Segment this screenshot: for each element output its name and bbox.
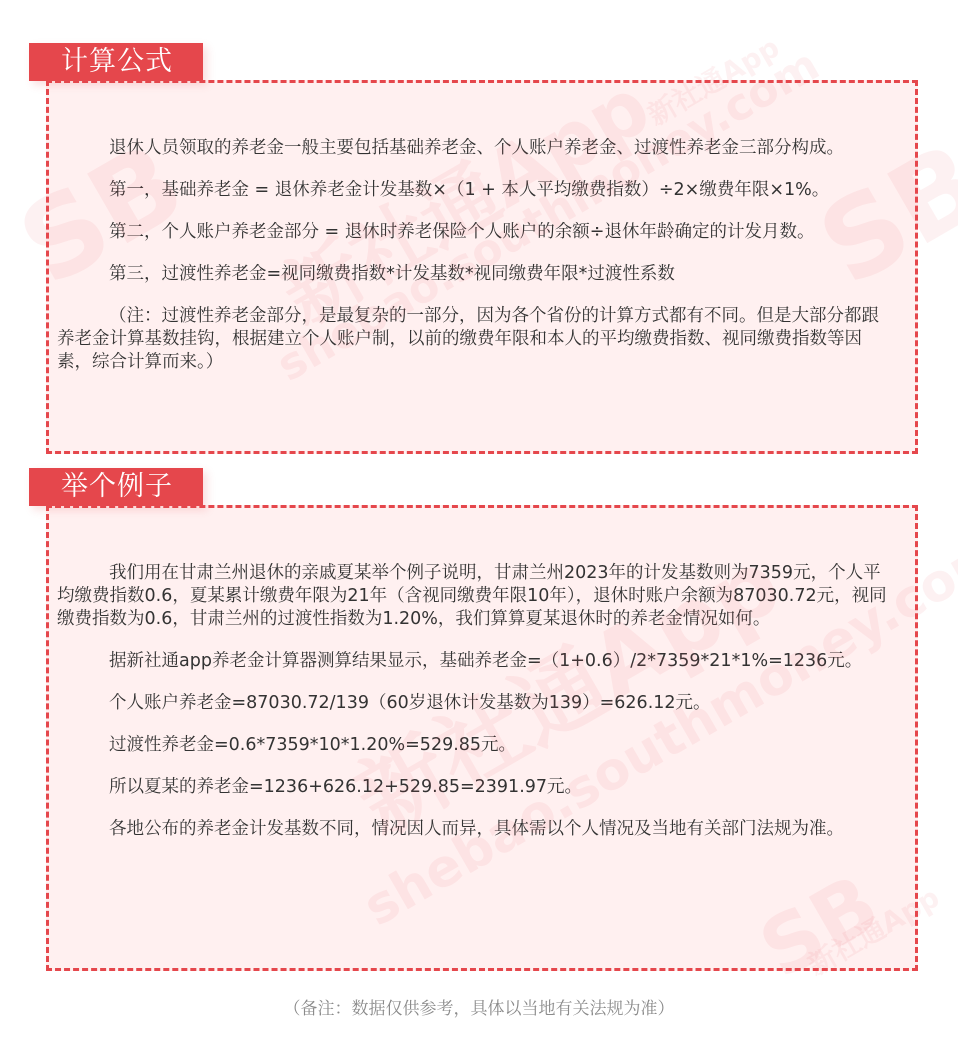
formula-section-box: 退休人员领取的养老金一般主要包括基础养老金、个人账户养老金、过渡性养老金三部分构…: [46, 80, 918, 454]
example-section-box: 我们用在甘肃兰州退休的亲戚夏某举个例子说明，甘肃兰州2023年的计发基数则为73…: [46, 505, 918, 971]
example-disclaimer: 各地公布的养老金计发基数不同，情况因人而异，具体需以个人情况及当地有关部门法规为…: [57, 818, 887, 841]
example-transitional: 过渡性养老金=0.6*7359*10*1.20%=529.85元。: [57, 734, 887, 757]
formula-transitional: 第三，过渡性养老金=视同缴费指数*计发基数*视同缴费年限*过渡性系数: [57, 263, 887, 286]
footer-note: （备注：数据仅供参考，具体以当地有关法规为准）: [0, 994, 958, 1019]
formula-basic-pension: 第一，基础养老金 = 退休养老金计发基数×（1 + 本人平均缴费指数）÷2×缴费…: [57, 179, 887, 202]
example-total: 所以夏某的养老金=1236+626.12+529.85=2391.97元。: [57, 776, 887, 799]
formula-note: （注：过渡性养老金部分，是最复杂的一部分，因为各个省份的计算方式都有不同。但是大…: [57, 305, 887, 374]
formula-intro: 退休人员领取的养老金一般主要包括基础养老金、个人账户养老金、过渡性养老金三部分构…: [57, 137, 887, 160]
example-personal-account: 个人账户养老金=87030.72/139（60岁退休计发基数为139）=626.…: [57, 692, 887, 715]
example-intro: 我们用在甘肃兰州退休的亲戚夏某举个例子说明，甘肃兰州2023年的计发基数则为73…: [57, 562, 887, 631]
section-title-formula: 计算公式: [29, 43, 203, 81]
formula-personal-account: 第二，个人账户养老金部分 = 退休时养老保险个人账户的余额÷退休年龄确定的计发月…: [57, 221, 887, 244]
section-title-example: 举个例子: [29, 468, 203, 506]
example-basic-pension: 据新社通app养老金计算器测算结果显示，基础养老金=（1+0.6）/2*7359…: [57, 650, 887, 673]
